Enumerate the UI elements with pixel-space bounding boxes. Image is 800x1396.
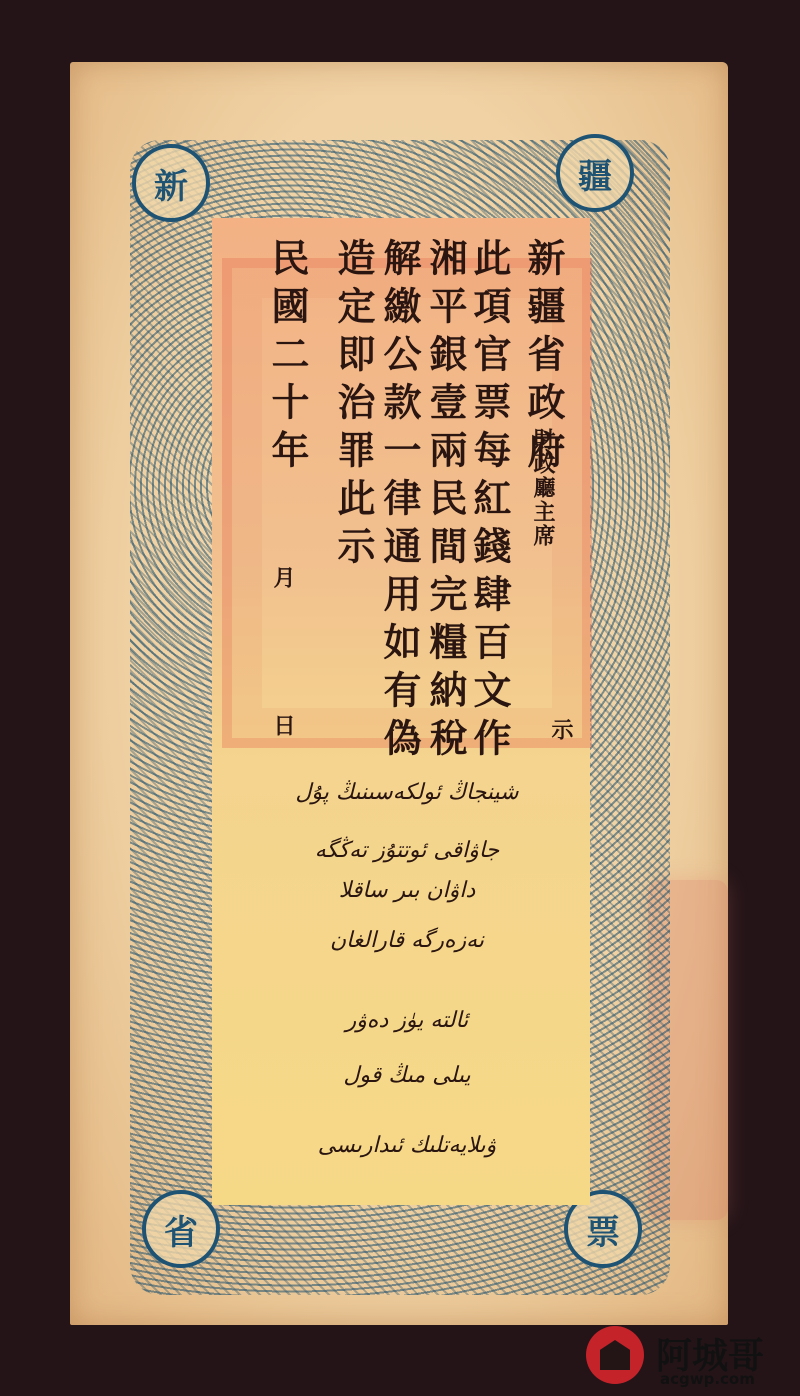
uyghur-line-6: يىلى مىڭ قول [252,1063,562,1088]
banknote-paper: 新 疆 省 票 新疆省政府 財政廳主席 此項官票每紅錢肆百文作 湘平銀壹兩民間完… [70,62,728,1325]
city-gate-logo-icon [586,1326,644,1384]
watermark-site: acgwp.com [660,1370,755,1388]
text-column-3: 解繳公款一律通用如有偽 [380,238,418,766]
corner-medallion-top-left: 新 [132,144,210,222]
uyghur-line-7: ۋىلايەتلىك ئىدارىسى [252,1133,562,1158]
uyghur-line-4: نەزەرگە قارالغان [252,928,562,953]
day-label: 日 [272,714,294,738]
notice-char: 示 [550,718,572,742]
text-column-2: 湘平銀壹兩民間完糧納稅 [426,238,464,766]
corner-medallion-bottom-left: 省 [142,1190,220,1268]
uyghur-line-2: جاۋاقى ئوتتۇز تەڭگە [252,838,562,863]
text-column-4: 造定即治罪此示 [334,238,372,574]
text-column-1: 此項官票每紅錢肆百文作 [470,238,508,766]
inscription-panel: 新疆省政府 財政廳主席 此項官票每紅錢肆百文作 湘平銀壹兩民間完糧納稅 解繳公款… [212,218,590,1205]
date-column: 民國二十年 [268,238,306,478]
uyghur-line-5: ئالتە يۈز دەۋر [252,1008,562,1033]
corner-medallion-top-right: 疆 [556,134,634,212]
month-label: 月 [272,566,294,590]
uyghur-line-1: شینجاڭ ئولكەسىنىڭ پۇل [252,780,562,805]
uyghur-line-3: داۋان بىر ساقلا [252,878,562,903]
issuer-subtitle: 財政廳主席 [532,428,554,548]
